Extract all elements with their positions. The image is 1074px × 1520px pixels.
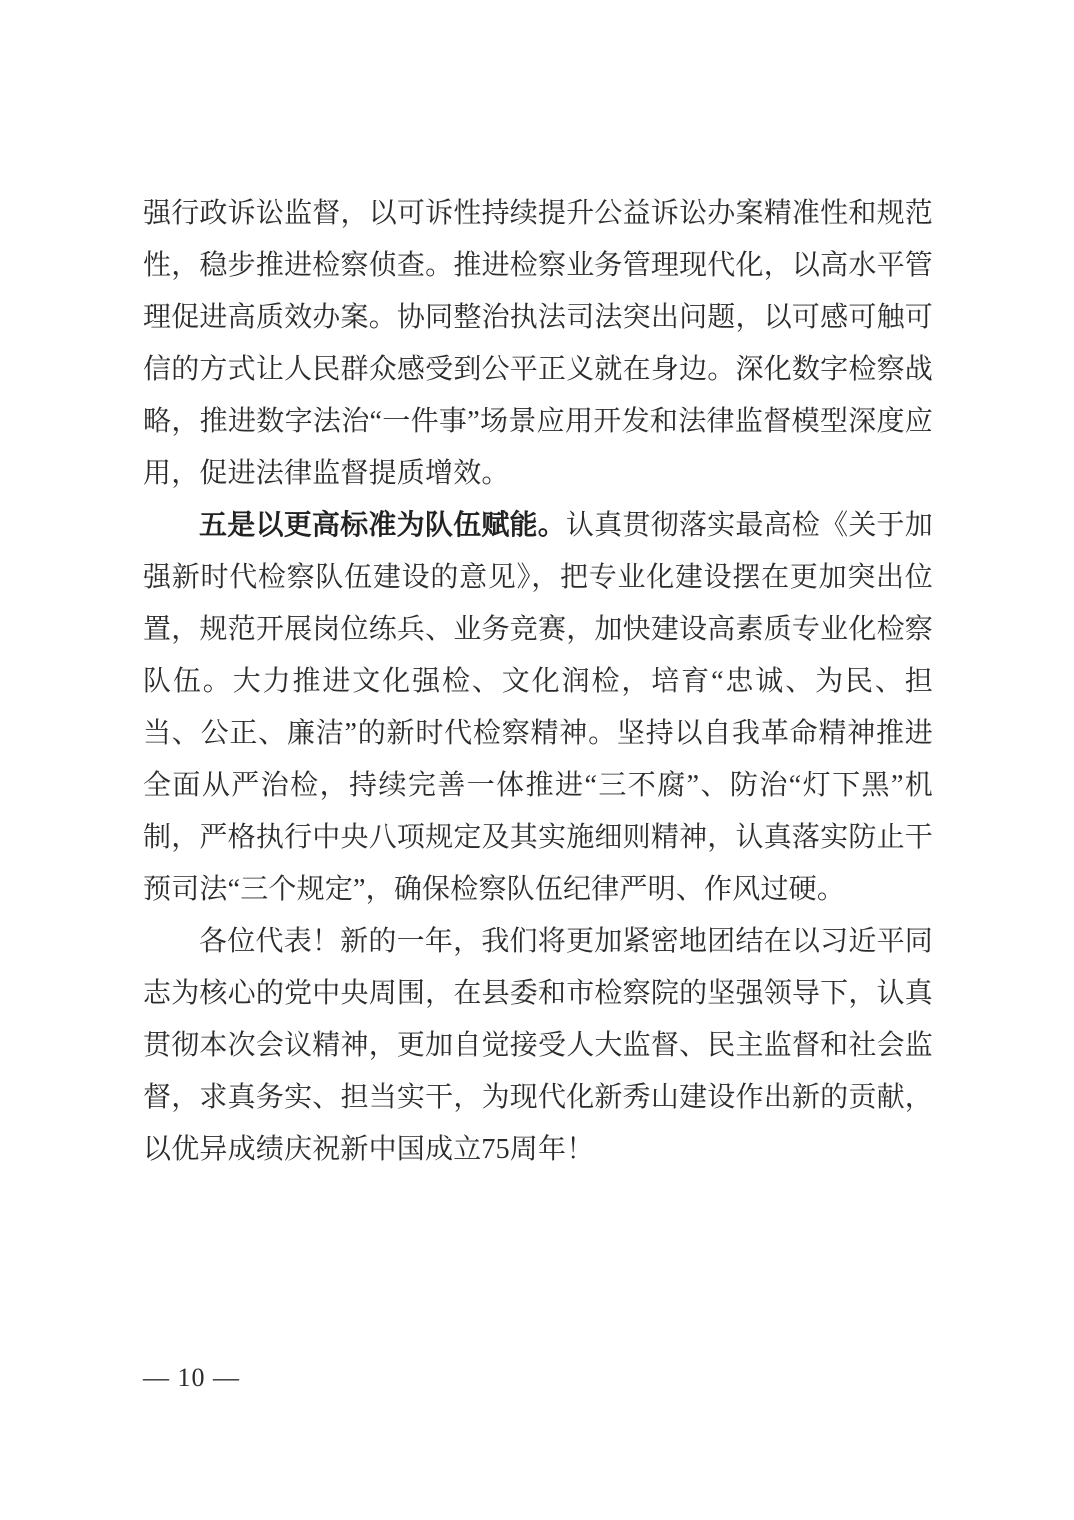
paragraph-continuation: 强行政诉讼监督，以可诉性持续提升公益诉讼办案精准性和规范性，稳步推进检察侦查。推… <box>143 188 933 500</box>
paragraph-2-text: 认真贯彻落实最高检《关于加强新时代检察队伍建设的意见》，把专业化建设摆在更加突出… <box>143 510 933 905</box>
paragraph-section-five: 五是以更高标准为队伍赋能。认真贯彻落实最高检《关于加强新时代检察队伍建设的意见》… <box>143 500 933 916</box>
paragraph-closing: 各位代表！新的一年，我们将更加紧密地团结在以习近平同志为核心的党中央周围，在县委… <box>143 916 933 1176</box>
paragraph-3-text: 各位代表！新的一年，我们将更加紧密地团结在以习近平同志为核心的党中央周围，在县委… <box>143 926 933 1165</box>
paragraph-2-bold-lead: 五是以更高标准为队伍赋能。 <box>199 510 566 541</box>
document-body: 强行政诉讼监督，以可诉性持续提升公益诉讼办案精准性和规范性，稳步推进检察侦查。推… <box>143 188 933 1176</box>
page-number: — 10 — <box>143 1363 240 1393</box>
paragraph-1-text: 强行政诉讼监督，以可诉性持续提升公益诉讼办案精准性和规范性，稳步推进检察侦查。推… <box>143 198 933 489</box>
document-page: 强行政诉讼监督，以可诉性持续提升公益诉讼办案精准性和规范性，稳步推进检察侦查。推… <box>0 0 1074 1520</box>
